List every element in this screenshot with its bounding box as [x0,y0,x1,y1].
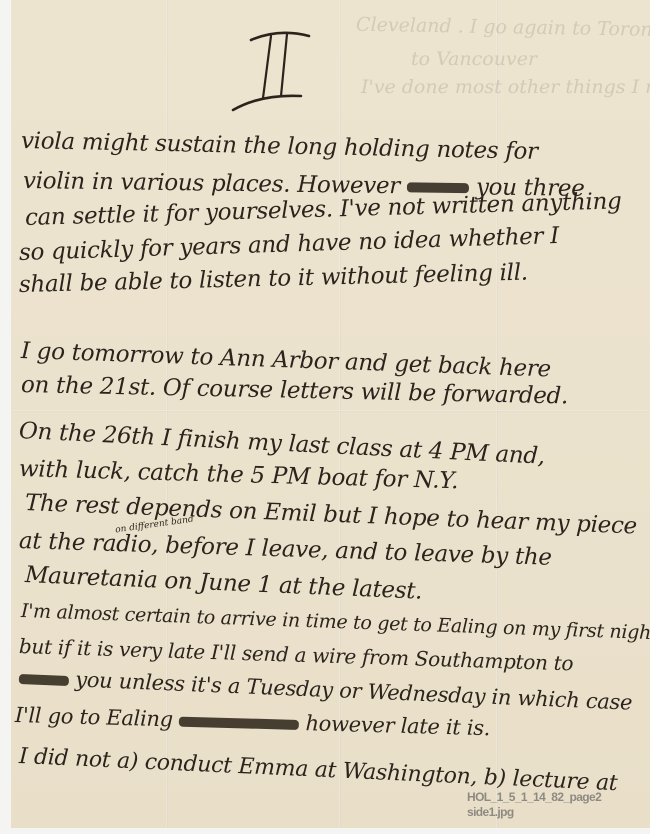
page-heading-roman-numeral-two [231,22,321,112]
filename-line-1: HOL_1_5_1_14_82_page2 [467,790,601,805]
bleed-through-text: to Vancouver [411,48,537,70]
image-filename-label: HOL_1_5_1_14_82_page2 side1.jpg [467,790,601,820]
letter-line-text: I'll go to Ealing [15,703,173,731]
struck-out-word [407,182,469,193]
letter-line: so quickly for years and have no idea wh… [19,223,560,266]
paper-fold-horizontal [11,410,650,412]
paper-fold [166,0,168,828]
struck-out-word [179,716,299,729]
filename-line-2: side1.jpg [467,805,601,820]
letter-line-text: however late it is. [305,711,490,740]
bleed-through-text: Cleveland . I go again to Toronto : but … [356,14,650,45]
paper-fold [339,0,341,828]
letter-line-text: violin in various places. However [23,168,400,199]
letter-line: viola might sustain the long holding not… [21,128,538,165]
letter-line: Mauretania on June 1 at the latest. [24,562,422,605]
bleed-through-text: I've done most other things I meant to [361,76,650,98]
letter-page: Cleveland . I go again to Toronto : but … [11,0,650,828]
letter-line: I'll go to Ealing however late it is. [15,703,491,740]
letter-line: shall be able to listen to it without fe… [19,260,528,298]
struck-out-word [19,674,69,686]
letter-line: I did not a) conduct Emma at Washington,… [18,744,617,796]
